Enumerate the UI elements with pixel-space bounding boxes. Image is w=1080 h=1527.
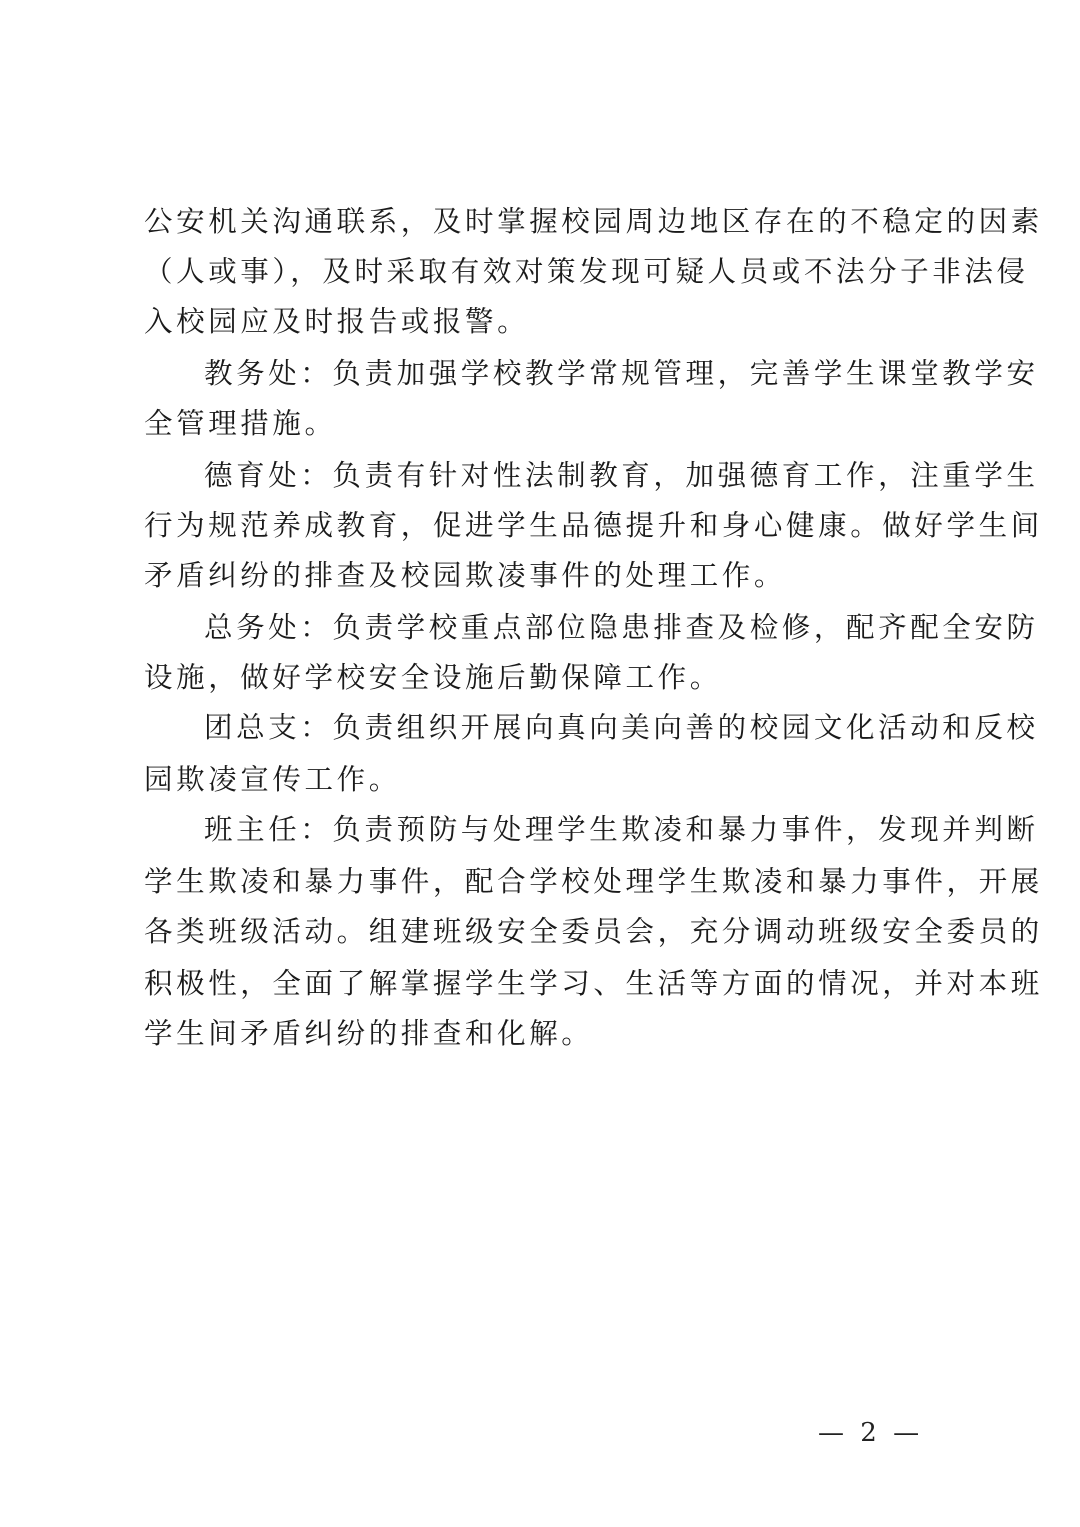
text-line: 学生欺凌和暴力事件，配合学校处理学生欺凌和暴力事件，开展 <box>144 862 944 902</box>
paragraph-jiaowuchu: 教务处：负责加强学校教学常规管理，完善学生课堂教学安 <box>204 354 944 394</box>
text-line: （人或事），及时采取有效对策发现可疑人员或不法分子非法侵 <box>144 252 944 292</box>
text-line: 园欺凌宣传工作。 <box>144 760 944 800</box>
paragraph-banzhuren: 班主任：负责预防与处理学生欺凌和暴力事件，发现并判断 <box>204 810 944 850</box>
text-line: 全管理措施。 <box>144 404 944 444</box>
paragraph-zongwuchu: 总务处：负责学校重点部位隐患排查及检修，配齐配全安防 <box>204 608 944 648</box>
paragraph-tuanzongzhi: 团总支：负责组织开展向真向美向善的校园文化活动和反校 <box>204 708 944 748</box>
text-line: 行为规范养成教育，促进学生品德提升和身心健康。做好学生间 <box>144 506 944 546</box>
text-line: 各类班级活动。组建班级安全委员会，充分调动班级安全委员的 <box>144 912 944 952</box>
text-line: 积极性，全面了解掌握学生学习、生活等方面的情况，并对本班 <box>144 964 944 1004</box>
document-page: 公安机关沟通联系，及时掌握校园周边地区存在的不稳定的因素 （人或事），及时采取有… <box>0 0 1080 1527</box>
text-line: 入校园应及时报告或报警。 <box>144 302 944 342</box>
text-line: 公安机关沟通联系，及时掌握校园周边地区存在的不稳定的因素 <box>144 202 944 242</box>
paragraph-deyuchu: 德育处：负责有针对性法制教育，加强德育工作，注重学生 <box>204 456 944 496</box>
text-line: 学生间矛盾纠纷的排查和化解。 <box>144 1014 944 1054</box>
page-number: — 2 — <box>818 1418 923 1448</box>
text-line: 设施，做好学校安全设施后勤保障工作。 <box>144 658 944 698</box>
text-line: 矛盾纠纷的排查及校园欺凌事件的处理工作。 <box>144 556 944 596</box>
